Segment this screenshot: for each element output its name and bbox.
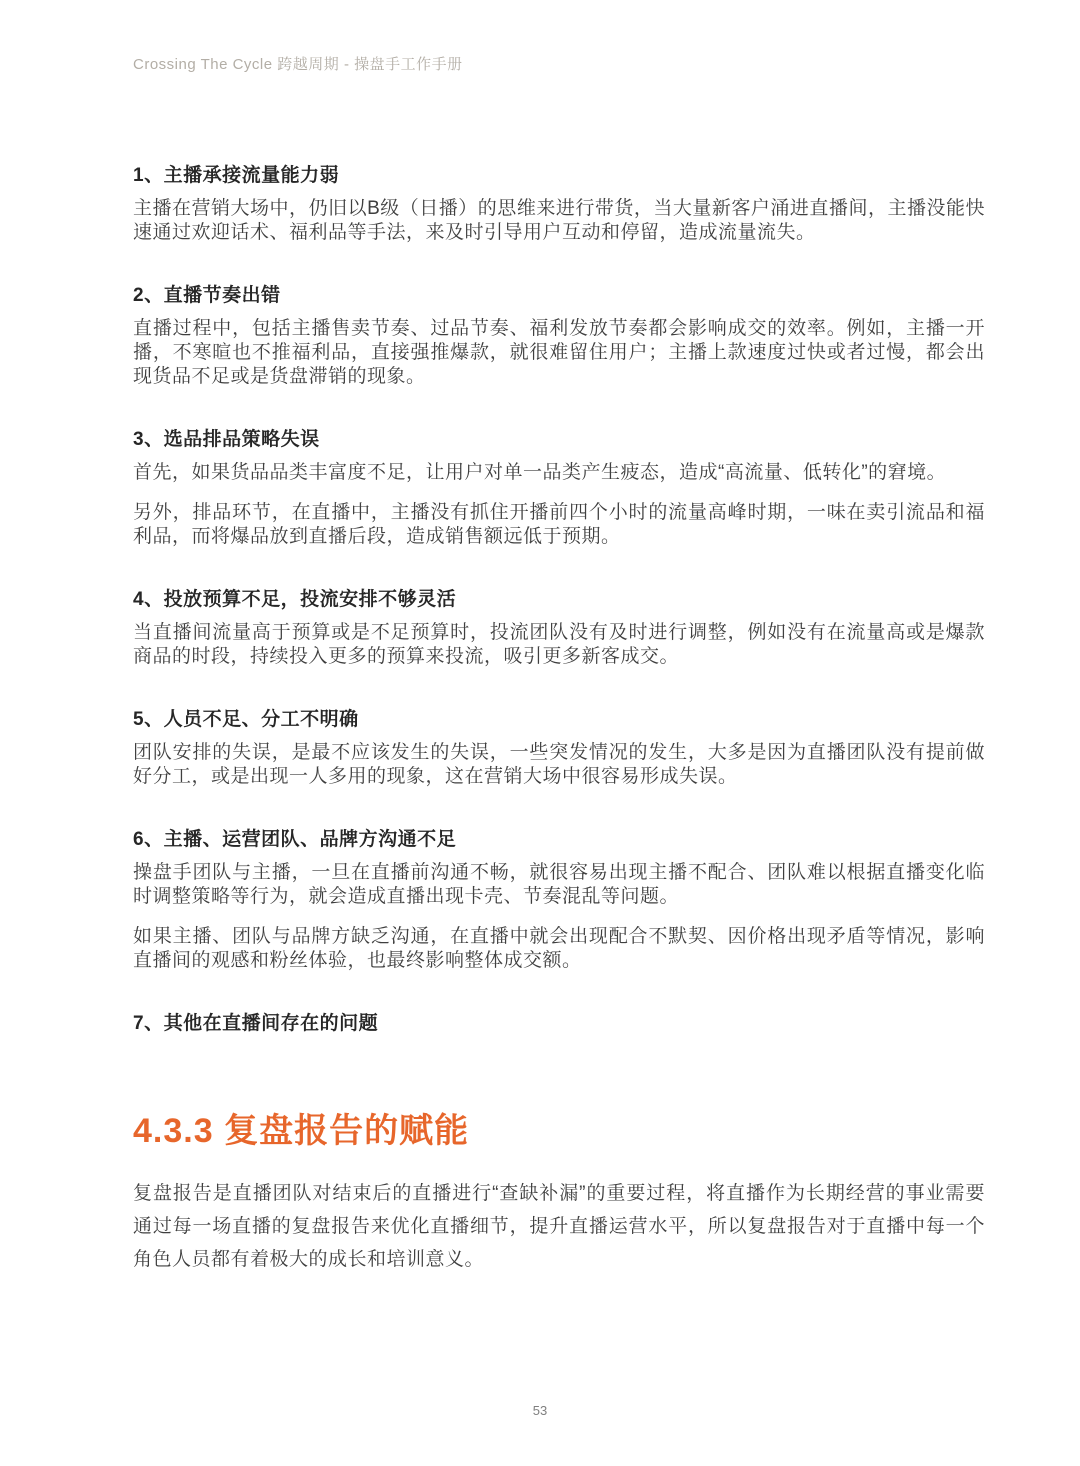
chapter-title: 4.3.3 复盘报告的赋能 (133, 1109, 985, 1153)
document-page: Crossing The Cycle 跨越周期 - 操盘手工作手册 1、主播承接… (0, 0, 1080, 1466)
section-heading: 4、投放预算不足，投流安排不够灵活 (133, 587, 985, 613)
section-2: 2、直播节奏出错 直播过程中，包括主播售卖节奏、过品节奏、福利发放节奏都会影响成… (133, 283, 985, 389)
page-content: Crossing The Cycle 跨越周期 - 操盘手工作手册 1、主播承接… (133, 0, 985, 1276)
section-6: 6、主播、运营团队、品牌方沟通不足 操盘手团队与主播，一旦在直播前沟通不畅，就很… (133, 827, 985, 973)
section-paragraph: 另外，排品环节，在直播中，主播没有抓住开播前四个小时的流量高峰时期，一味在卖引流… (133, 501, 985, 549)
section-3: 3、选品排品策略失误 首先，如果货品品类丰富度不足，让用户对单一品类产生疲态，造… (133, 427, 985, 549)
section-paragraph: 首先，如果货品品类丰富度不足，让用户对单一品类产生疲态，造成“高流量、低转化”的… (133, 461, 985, 485)
running-header: Crossing The Cycle 跨越周期 - 操盘手工作手册 (133, 55, 985, 75)
section-heading: 7、其他在直播间存在的问题 (133, 1011, 985, 1037)
section-heading: 1、主播承接流量能力弱 (133, 163, 985, 189)
section-paragraph: 直播过程中，包括主播售卖节奏、过品节奏、福利发放节奏都会影响成交的效率。例如，主… (133, 317, 985, 389)
section-paragraph: 主播在营销大场中，仍旧以B级（日播）的思维来进行带货，当大量新客户涌进直播间，主… (133, 197, 985, 245)
section-paragraph: 如果主播、团队与品牌方缺乏沟通，在直播中就会出现配合不默契、因价格出现矛盾等情况… (133, 925, 985, 973)
section-5: 5、人员不足、分工不明确 团队安排的失误，是最不应该发生的失误，一些突发情况的发… (133, 707, 985, 789)
section-1: 1、主播承接流量能力弱 主播在营销大场中，仍旧以B级（日播）的思维来进行带货，当… (133, 163, 985, 245)
section-paragraph: 操盘手团队与主播，一旦在直播前沟通不畅，就很容易出现主播不配合、团队难以根据直播… (133, 861, 985, 909)
section-heading: 5、人员不足、分工不明确 (133, 707, 985, 733)
section-heading: 2、直播节奏出错 (133, 283, 985, 309)
section-list: 1、主播承接流量能力弱 主播在营销大场中，仍旧以B级（日播）的思维来进行带货，当… (133, 163, 985, 1037)
page-number: 53 (0, 1403, 1080, 1418)
section-paragraph: 团队安排的失误，是最不应该发生的失误，一些突发情况的发生，大多是因为直播团队没有… (133, 741, 985, 789)
section-heading: 3、选品排品策略失误 (133, 427, 985, 453)
section-heading: 6、主播、运营团队、品牌方沟通不足 (133, 827, 985, 853)
chapter-paragraph: 复盘报告是直播团队对结束后的直播进行“查缺补漏”的重要过程，将直播作为长期经营的… (133, 1177, 985, 1276)
section-paragraph: 当直播间流量高于预算或是不足预算时，投流团队没有及时进行调整，例如没有在流量高或… (133, 621, 985, 669)
section-7: 7、其他在直播间存在的问题 (133, 1011, 985, 1037)
section-4: 4、投放预算不足，投流安排不够灵活 当直播间流量高于预算或是不足预算时，投流团队… (133, 587, 985, 669)
